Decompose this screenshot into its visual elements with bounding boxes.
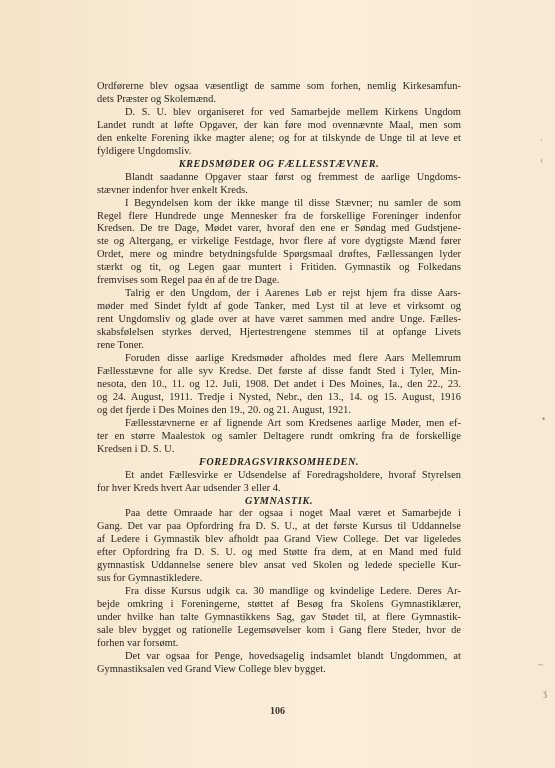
text-line: rent Ungdomsliv og glade over at have væ… bbox=[97, 314, 461, 327]
paragraph: Fællesstævnerne er af lignende Art som K… bbox=[97, 418, 461, 457]
scanned-page: Ordførerne blev ogsaa væsentligt de samm… bbox=[0, 0, 555, 768]
paragraph: Blandt saadanne Opgaver staar først og f… bbox=[97, 172, 461, 198]
text-line: Kredsen i D. S. U. bbox=[97, 444, 461, 457]
text-line: Fællesstævne for alle syv Kredse. Det fø… bbox=[97, 366, 461, 379]
text-line: D. S. U. blev organiseret for ved Samarb… bbox=[97, 107, 461, 120]
text-line: efter Opfordring fra D. S. U. og med Stø… bbox=[97, 547, 461, 560]
margin-smudge: ‹ bbox=[540, 155, 543, 165]
paragraph: Paa dette Omraade har der ogsaa i noget … bbox=[97, 508, 461, 586]
text-line: Fra disse Kursus udgik ca. 30 mandlige o… bbox=[97, 586, 461, 599]
text-line: ste og Altergang, er virkelige Festdage,… bbox=[97, 236, 461, 249]
section-heading: FOREDRAGSVIRKSOMHEDEN. bbox=[97, 457, 461, 470]
text-line: Gymnastiksalen ved Grand View College bl… bbox=[97, 664, 461, 677]
text-line: skabsfølelsen styrkes derved, Hjertestre… bbox=[97, 327, 461, 340]
text-line: og 24. August, 1911. Tredje i Nysted, Ne… bbox=[97, 392, 461, 405]
text-line: Det var ogsaa for Penge, hovedsagelig in… bbox=[97, 651, 461, 664]
text-line: gymnastisk Uddannelse senere blev ansat … bbox=[97, 560, 461, 573]
paragraph: Talrig er den Ungdom, der i Aarenes Løb … bbox=[97, 288, 461, 353]
margin-smudge: · bbox=[540, 135, 543, 145]
text-line: fremvises som Regel paa én af de tre Dag… bbox=[97, 275, 461, 288]
margin-smudge: • bbox=[542, 414, 545, 424]
text-line: Ordførerne blev ogsaa væsentligt de samm… bbox=[97, 81, 461, 94]
text-line: Foruden disse aarlige Kredsmøder afholde… bbox=[97, 353, 461, 366]
paragraph: Ordførerne blev ogsaa væsentligt de samm… bbox=[97, 81, 461, 107]
text-line: I Begyndelsen kom der ikke mange til dis… bbox=[97, 198, 461, 211]
paragraph: D. S. U. blev organiseret for ved Samarb… bbox=[97, 107, 461, 159]
paragraph: Foruden disse aarlige Kredsmøder afholde… bbox=[97, 353, 461, 418]
text-line: dets Præster og Skolemænd. bbox=[97, 94, 461, 107]
text-line: bejde omkring i Foreningerne, støttet af… bbox=[97, 599, 461, 612]
page-number: 106 bbox=[0, 706, 555, 717]
paragraph: I Begyndelsen kom der ikke mange til dis… bbox=[97, 198, 461, 289]
text-line: Blandt saadanne Opgaver staar først og f… bbox=[97, 172, 461, 185]
text-line: møder med Sindet fyldt af gode Tanker, m… bbox=[97, 301, 461, 314]
text-line: ter en større Maalestok og samler Deltag… bbox=[97, 431, 461, 444]
text-column: Ordførerne blev ogsaa væsentligt de samm… bbox=[97, 81, 461, 677]
text-line: den enkelte Forening ikke magter alene; … bbox=[97, 133, 461, 146]
text-line: og det fjerde i Des Moines den 19., 20. … bbox=[97, 405, 461, 418]
text-line: for hver Kreds hvert Aar udsender 3 elle… bbox=[97, 483, 461, 496]
text-line: af Ledere i Gymnastik blev afholdt paa G… bbox=[97, 534, 461, 547]
text-line: forhen var forsømt. bbox=[97, 638, 461, 651]
text-line: Paa dette Omraade har der ogsaa i noget … bbox=[97, 508, 461, 521]
text-line: nesota, den 10., 11. og 12. Juli, 1908. … bbox=[97, 379, 461, 392]
text-line: stærkt og tit, og Legen gaar muntert i F… bbox=[97, 262, 461, 275]
section-heading: KREDSMØDER OG FÆLLESSTÆVNER. bbox=[97, 159, 461, 172]
text-line: Talrig er den Ungdom, der i Aarenes Løb … bbox=[97, 288, 461, 301]
text-line: Landet rundt at løfte Opgaver, der kan f… bbox=[97, 120, 461, 133]
section-heading: GYMNASTIK. bbox=[97, 496, 461, 509]
text-line: Gang. Det var paa Opfordring fra D. S. U… bbox=[97, 521, 461, 534]
text-line: sale blev bygget og rationelle Legemsøve… bbox=[97, 625, 461, 638]
text-line: Ordet, mere og mindre betydningsfulde Sp… bbox=[97, 249, 461, 262]
text-line: Kredsen. De tre Dage, Mødet varer, hvora… bbox=[97, 223, 461, 236]
text-line: Regel flere Hundrede unge Mennesker fra … bbox=[97, 211, 461, 224]
paragraph: Fra disse Kursus udgik ca. 30 mandlige o… bbox=[97, 586, 461, 651]
margin-smudge: ~ bbox=[538, 660, 543, 670]
text-line: under hvilke han talte Gymnastikkens Sag… bbox=[97, 612, 461, 625]
text-line: rene Toner. bbox=[97, 340, 461, 353]
text-line: fyldigere Ungdomsliv. bbox=[97, 146, 461, 159]
text-line: Fællesstævnerne er af lignende Art som K… bbox=[97, 418, 461, 431]
paragraph: Et andet Fællesvirke er Udsendelse af Fo… bbox=[97, 470, 461, 496]
text-line: stævner indenfor hver enkelt Kreds. bbox=[97, 185, 461, 198]
text-line: sus for Gymnastikledere. bbox=[97, 573, 461, 586]
paragraph: Det var ogsaa for Penge, hovedsagelig in… bbox=[97, 651, 461, 677]
margin-smudge: ʒ bbox=[543, 688, 547, 698]
text-line: Et andet Fællesvirke er Udsendelse af Fo… bbox=[97, 470, 461, 483]
